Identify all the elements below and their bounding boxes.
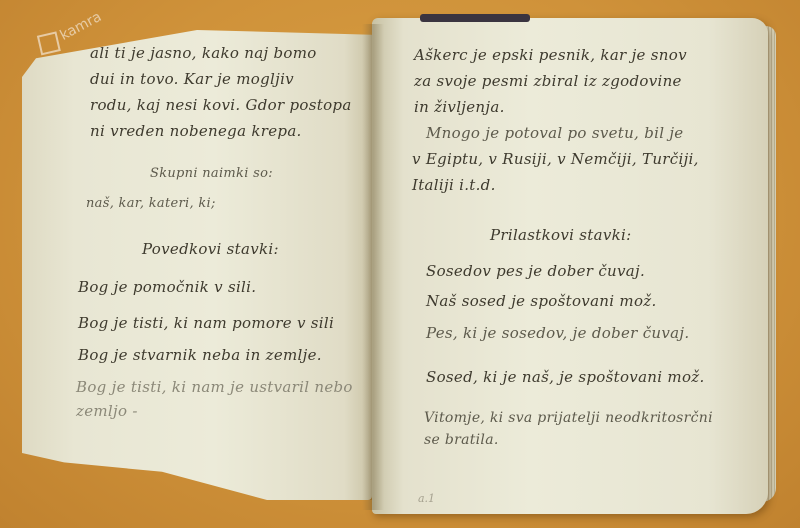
notebook-cover-edge [420,14,530,22]
right-line-8: Sosedov pes je dober čuvaj. [426,262,645,280]
right-line-4: Mnogo je potoval po svetu, bil je [426,124,684,142]
right-line-5: v Egiptu, v Rusiji, v Nemčiji, Turčiji, [412,150,699,168]
right-line-11: Sosed, ki je naš, je spoštovani mož. [426,368,705,386]
notebook-spine [362,24,384,510]
pencil-note: a.1 [418,492,435,505]
right-line-6: Italiji i.t.d. [412,176,496,194]
right-line-10: Pes, ki je sosedov, je dober čuvaj. [426,324,689,342]
left-heading-povedkovi: Povedkovi stavki: [142,240,279,258]
left-line-11: Bog je tisti, ki nam je ustvaril nebo [76,378,353,396]
right-line-1: Aškerc je epski pesnik, kar je snov [414,46,687,64]
left-line-12: zemljo - [76,402,138,420]
left-line-5: Skupni naimki so: [150,166,273,181]
watermark-text: kamra [57,9,104,44]
left-line-9: Bog je tisti, ki nam pomore v sili [78,314,334,332]
cube-logo-icon [37,31,61,55]
left-line-4: ni vreden nobenega krepa. [90,122,302,140]
left-line-3: rodu, kaj nesi kovi. Gdor postopa [90,96,352,114]
left-line-2: dui in tovo. Kar je mogljiv [90,70,294,88]
left-line-8: Bog je pomočnik v sili. [78,278,256,296]
right-line-3: in življenja. [414,98,505,116]
right-line-2: za svoje pesmi zbiral iz zgodovine [414,72,682,90]
right-line-12: Vitomje, ki sva prijatelji neodkritosrčn… [424,410,713,426]
right-heading-prilastkovi: Prilastkovi stavki: [490,226,631,244]
right-line-9: Naš sosed je spoštovani mož. [426,292,657,310]
right-line-13: se bratila. [424,432,499,448]
left-line-1: ali ti je jasno, kako naj bomo [90,44,317,62]
left-line-6: naš, kar, kateri, ki; [86,196,216,211]
left-line-10: Bog je stvarnik neba in zemlje. [78,346,322,364]
